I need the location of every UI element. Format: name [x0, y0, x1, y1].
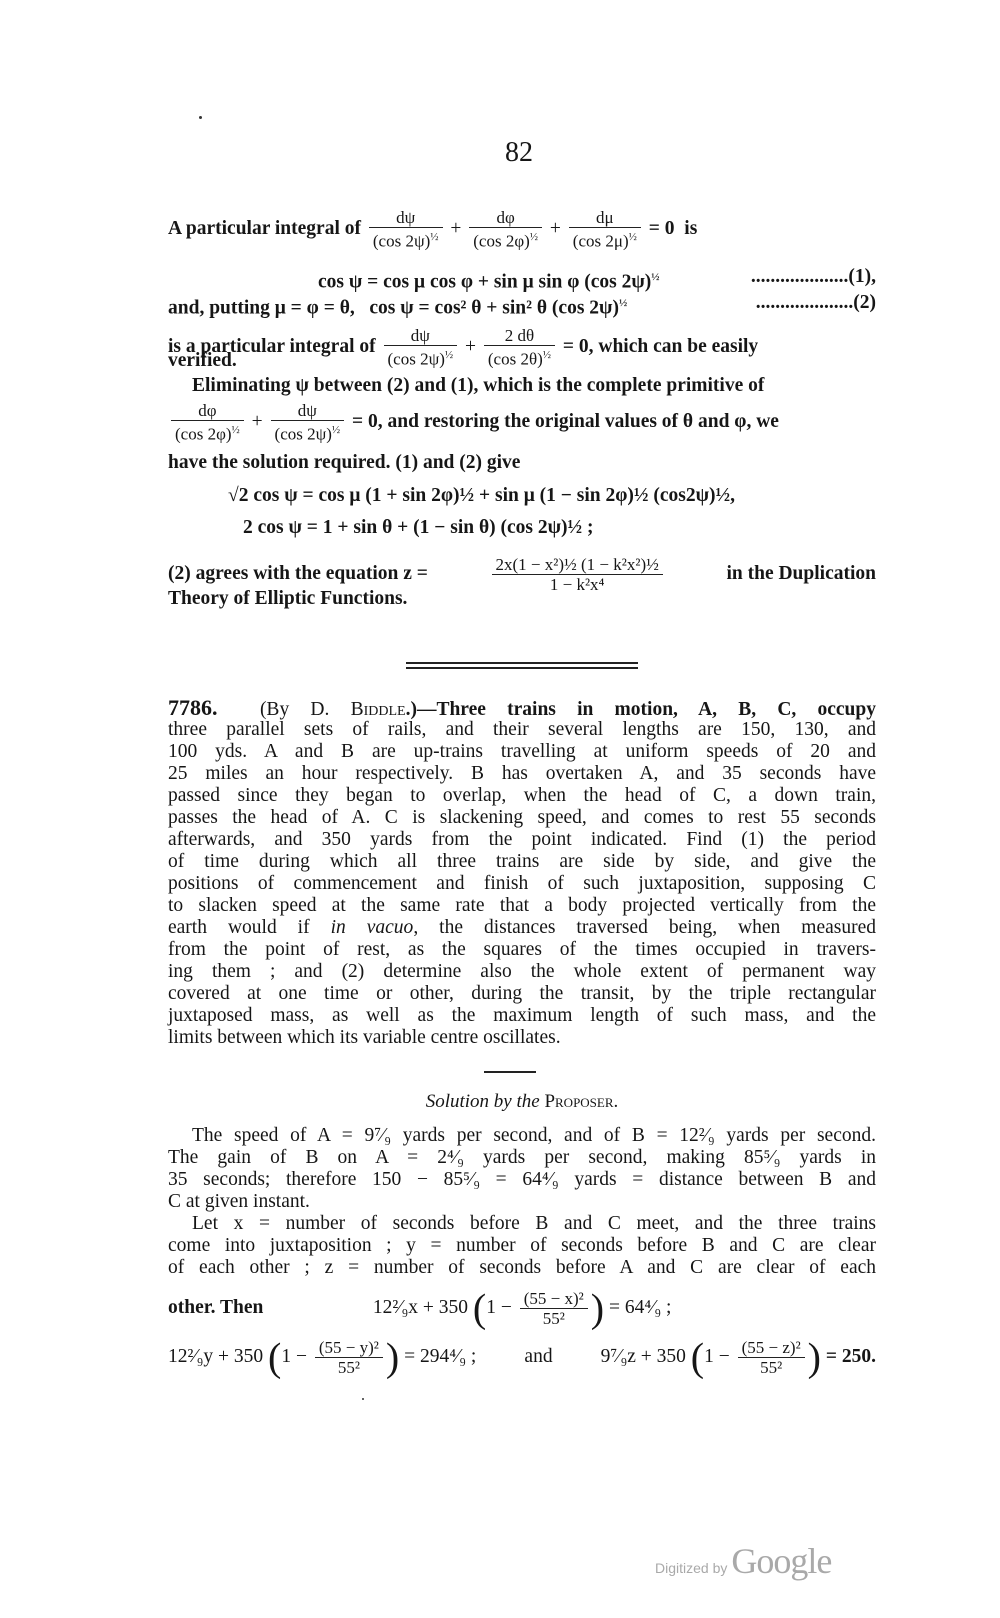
problem-header-line: 7786. (By D. Biddle.)—Three trains in mo…	[168, 697, 876, 721]
solution-line: 35 seconds; therefore 150 − 85⁵⁄₉ = 64⁴⁄…	[168, 1169, 876, 1191]
solution-line: The speed of A = 9⁷⁄₉ yards per second, …	[168, 1125, 876, 1147]
intro-line: A particular integral of dψ(cos 2ψ)½ + d…	[168, 207, 876, 251]
scan-speck	[362, 1398, 364, 1400]
eliminating-line: Eliminating ψ between (2) and (1), which…	[168, 375, 876, 397]
solution-divider	[484, 1071, 536, 1073]
scan-speck	[199, 116, 202, 119]
google-logo: Google	[731, 1541, 831, 1581]
problem-number: 7786.	[168, 695, 218, 720]
theory-line: Theory of Elliptic Functions.	[168, 588, 876, 610]
problem-line: 100 yds. A and B are up-trains travellin…	[168, 741, 876, 763]
problem-line: of time during which all three trains ar…	[168, 851, 876, 873]
fraction: dφ(cos 2φ)½	[469, 208, 542, 251]
problem-line: from the point of rest, as the squares o…	[168, 939, 876, 961]
google-watermark: Digitized by Google	[655, 1540, 831, 1582]
solution-line: come into juxtaposition ; y = number of …	[168, 1235, 876, 1257]
fraction: dμ(cos 2μ)½	[569, 208, 641, 251]
equation-yz-line: 12²⁄₉y + 350 (1 − (55 − y)²55²) = 294⁴⁄₉…	[168, 1332, 876, 1382]
fraction: dψ(cos 2ψ)½	[369, 208, 443, 251]
problem-line: passes the head of A. C is slackening sp…	[168, 807, 876, 829]
solution-line: The gain of B on A = 2⁴⁄₉ yards per seco…	[168, 1147, 876, 1169]
problem-line: covered at one time or other, during the…	[168, 983, 876, 1005]
restoring-line: dφ(cos 2φ)½ + dψ(cos 2ψ)½ = 0, and resto…	[168, 400, 876, 444]
problem-line: passed since they began to overlap, when…	[168, 785, 876, 807]
solution-line: Let x = number of seconds before B and C…	[168, 1213, 876, 1235]
equation-1: cos ψ = cos μ cos φ + sin μ sin φ (cos 2…	[318, 266, 876, 294]
problem-line: positions of commencement and finish of …	[168, 873, 876, 895]
solution-heading: Solution by the Proposer.	[168, 1091, 876, 1113]
verified-line: verified.	[168, 350, 876, 372]
problem-line: 25 miles an hour respectively. B has ove…	[168, 763, 876, 785]
problem-line: ing them ; and (2) determine also the wh…	[168, 961, 876, 983]
equation-3: √2 cos ψ = cos μ (1 + sin 2φ)½ + sin μ (…	[228, 485, 868, 507]
problem-line: earth would if in vacuo, the distances t…	[168, 917, 876, 939]
problem-line: limits between which its variable centre…	[168, 1027, 876, 1049]
problem-line: to slacken speed at the same rate that a…	[168, 895, 876, 917]
problem-line: juxtaposed mass, as well as the maximum …	[168, 1005, 876, 1027]
section-divider	[406, 662, 638, 664]
section-divider	[406, 667, 638, 669]
equation-x-line: other. Then 12²⁄₉x + 350 (1 − (55 − x)²5…	[168, 1283, 876, 1333]
have-solution-line: have the solution required. (1) and (2) …	[168, 452, 876, 474]
solution-line: of each other ; z = number of seconds be…	[168, 1257, 876, 1279]
equation-4: 2 cos ψ = 1 + sin θ + (1 − sin θ) (cos 2…	[243, 517, 863, 539]
problem-line: afterwards, and 350 yards from the point…	[168, 829, 876, 851]
page-number: 82	[505, 137, 533, 169]
equation-2-line: and, putting μ = φ = θ, cos ψ = cos² θ +…	[168, 292, 876, 320]
solution-line: C at given instant.	[168, 1191, 876, 1213]
problem-line: three parallel sets of rails, and their …	[168, 719, 876, 741]
